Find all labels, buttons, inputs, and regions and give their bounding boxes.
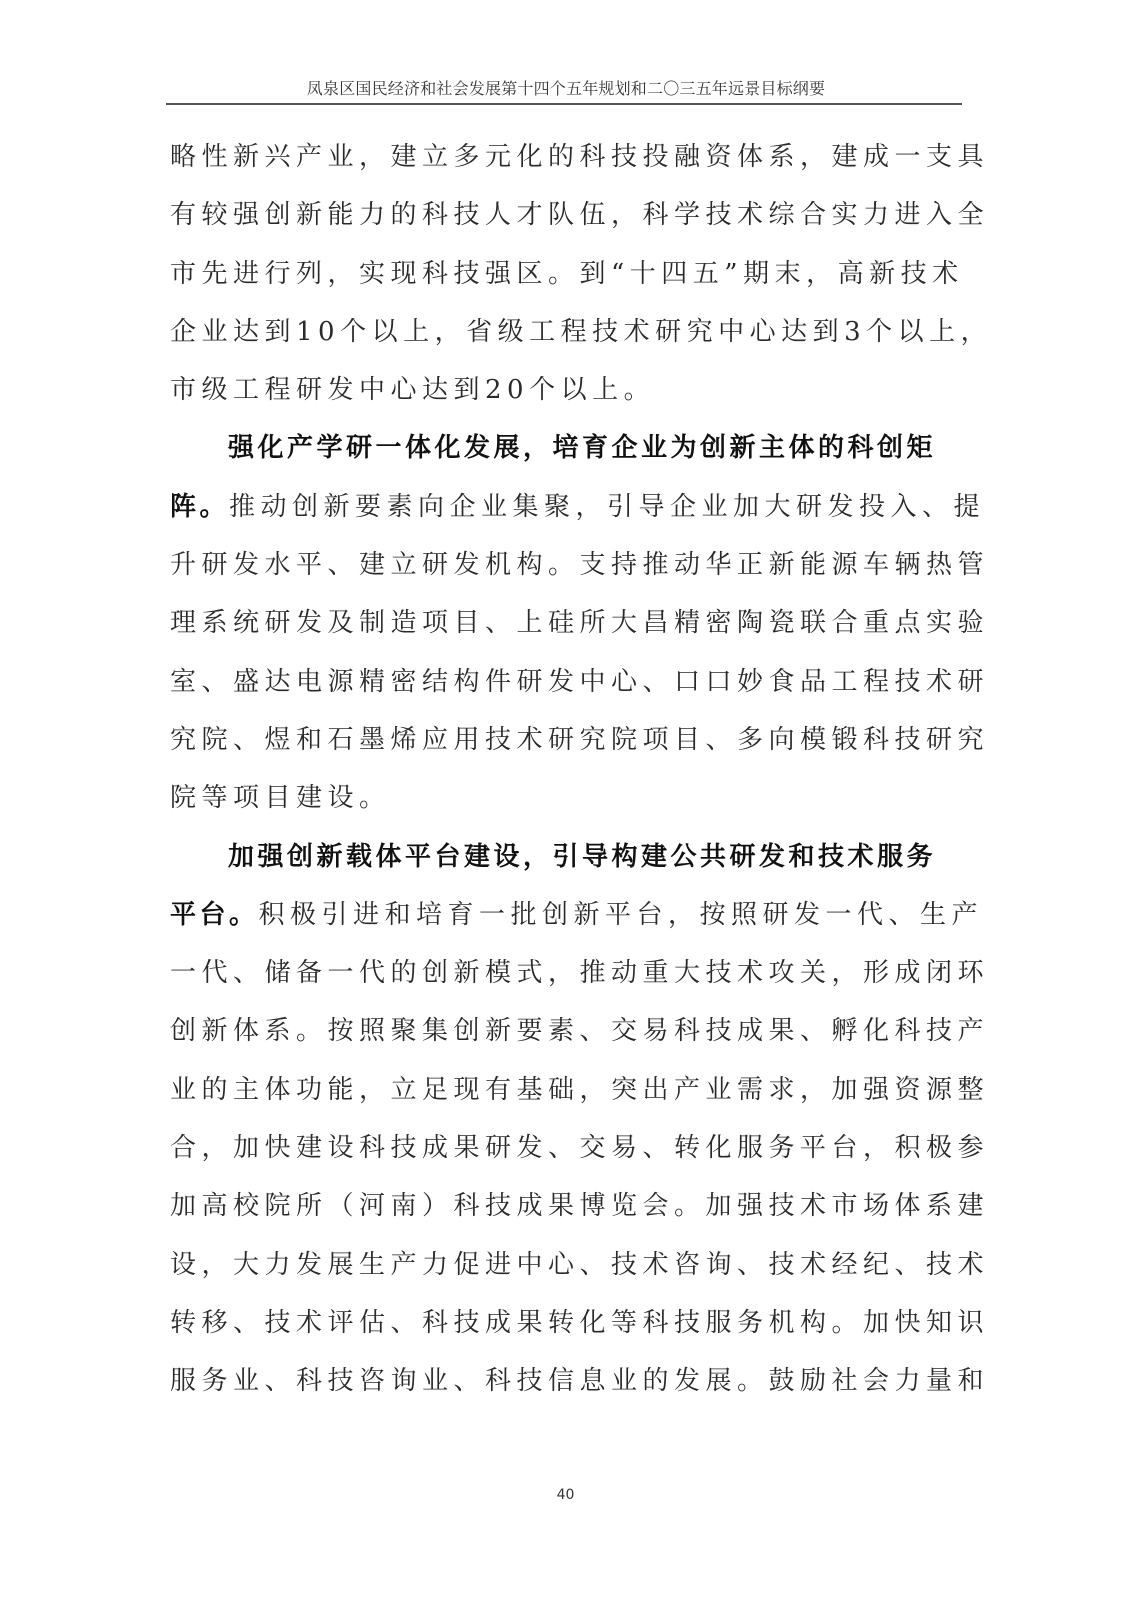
text-line: 略性新兴产业，建立多元化的科技投融资体系，建成一支具 — [170, 128, 942, 186]
paragraph-heading-tail: 阵。 — [170, 492, 229, 522]
text-line: 市级工程研发中心达到20个以上。 — [170, 361, 942, 419]
text-line: 有较强创新能力的科技人才队伍，科学技术综合实力进入全 — [170, 186, 942, 244]
paragraph-heading-tail: 平台。 — [170, 900, 259, 930]
text-line: 室、盛达电源精密结构件研发中心、口口妙食品工程技术研 — [170, 653, 942, 711]
text-line: 创新体系。按照聚集创新要素、交易科技成果、孵化科技产 — [170, 1002, 942, 1060]
running-header-title: 凤泉区国民经济和社会发展第十四个五年规划和二〇三五年远景目标纲要 — [166, 76, 966, 99]
text-line: 设，大力发展生产力促进中心、技术咨询、技术经纪、技术 — [170, 1236, 942, 1294]
text-line: 企业达到10个以上，省级工程技术研究中心达到3个以上， — [170, 303, 942, 361]
paragraph-heading: 强化产学研一体化发展，培育企业为创新主体的科创矩 — [170, 419, 942, 477]
text-line: 平台。积极引进和培育一批创新平台，按照研发一代、生产 — [170, 886, 942, 944]
paragraph-tech-goals: 略性新兴产业，建立多元化的科技投融资体系，建成一支具 有较强创新能力的科技人才队… — [170, 128, 942, 419]
paragraph-innovation-platforms: 加强创新载体平台建设，引导构建公共研发和技术服务 平台。积极引进和培育一批创新平… — [170, 828, 942, 1411]
page-number: 40 — [0, 1487, 1131, 1503]
header-divider — [166, 103, 962, 105]
text-line: 理系统研发及制造项目、上硅所大昌精密陶瓷联合重点实验 — [170, 594, 942, 652]
text-line: 院等项目建设。 — [170, 769, 942, 827]
text-line: 一代、储备一代的创新模式，推动重大技术攻关，形成闭环 — [170, 944, 942, 1002]
text-line: 服务业、科技咨询业、科技信息业的发展。鼓励社会力量和 — [170, 1352, 942, 1410]
text-line: 转移、技术评估、科技成果转化等科技服务机构。加快知识 — [170, 1294, 942, 1352]
text-line: 阵。推动创新要素向企业集聚，引导企业加大研发投入、提 — [170, 478, 942, 536]
text-line: 业的主体功能，立足现有基础，突出产业需求，加强资源整 — [170, 1061, 942, 1119]
text-span: 积极引进和培育一批创新平台，按照研发一代、生产 — [259, 900, 984, 930]
text-span: 推动创新要素向企业集聚，引导企业加大研发投入、提 — [229, 492, 985, 522]
text-line: 升研发水平、建立研发机构。支持推动华正新能源车辆热管 — [170, 536, 942, 594]
text-line: 市先进行列，实现科技强区。到“十四五”期末，高新技术 — [170, 245, 942, 303]
paragraph-heading: 加强创新载体平台建设，引导构建公共研发和技术服务 — [170, 828, 942, 886]
text-line: 合，加快建设科技成果研发、交易、转化服务平台，积极参 — [170, 1119, 942, 1177]
paragraph-industry-research-integration: 强化产学研一体化发展，培育企业为创新主体的科创矩 阵。推动创新要素向企业集聚，引… — [170, 419, 942, 827]
text-line: 加高校院所（河南）科技成果博览会。加强技术市场体系建 — [170, 1177, 942, 1235]
document-body: 略性新兴产业，建立多元化的科技投融资体系，建成一支具 有较强创新能力的科技人才队… — [170, 128, 942, 1411]
text-line: 究院、煜和石墨烯应用技术研究院项目、多向模锻科技研究 — [170, 711, 942, 769]
